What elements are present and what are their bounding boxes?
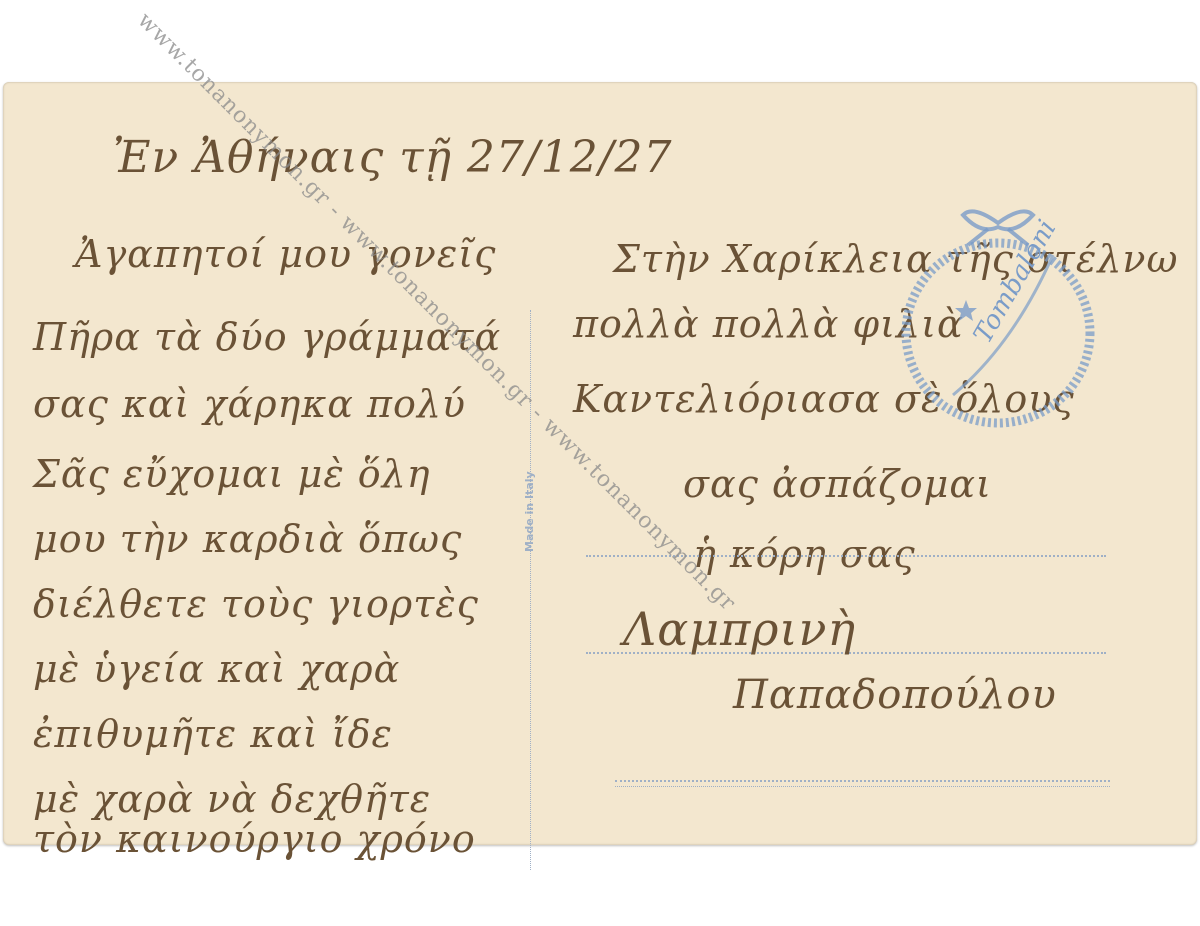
- left-text-line: μου τὴν καρδιὰ ὅπως: [33, 517, 462, 561]
- left-text-line: μὲ χαρὰ νὰ δεχθῆτε: [33, 777, 431, 821]
- left-text-line: μὲ ὑγεία καὶ χαρὰ: [33, 647, 400, 691]
- date-line: Ἐν Ἀθήναις τῇ 27/12/27: [113, 132, 673, 183]
- made-in-italy-label: Made in Italy: [523, 471, 536, 552]
- right-text-line: ἡ κόρη σας: [693, 532, 916, 576]
- ribbon-stamp-icon: Tombaloni: [893, 205, 1103, 430]
- right-text-line: σας ἀσπάζομαι: [683, 462, 992, 506]
- left-text-line: τὸν καινούργιο χρόνο: [33, 817, 476, 861]
- signature-first-name: Λαμπρινὴ: [623, 602, 856, 656]
- left-text-line: διέλθετε τοὺς γιορτὲς: [33, 582, 479, 626]
- address-line: [615, 786, 1110, 787]
- left-text-line: ἐπιθυμῆτε καὶ ἴδε: [33, 712, 393, 756]
- greeting-line: Ἀγαπητοί μου γονεῖς: [75, 232, 496, 276]
- left-text-line: σας καὶ χάρηκα πολύ: [33, 382, 466, 426]
- signature-last-name: Παπαδοπούλου: [733, 672, 1057, 718]
- address-line: [615, 780, 1110, 782]
- left-text-line: Σᾶς εὔχομαι μὲ ὅλη: [33, 452, 431, 496]
